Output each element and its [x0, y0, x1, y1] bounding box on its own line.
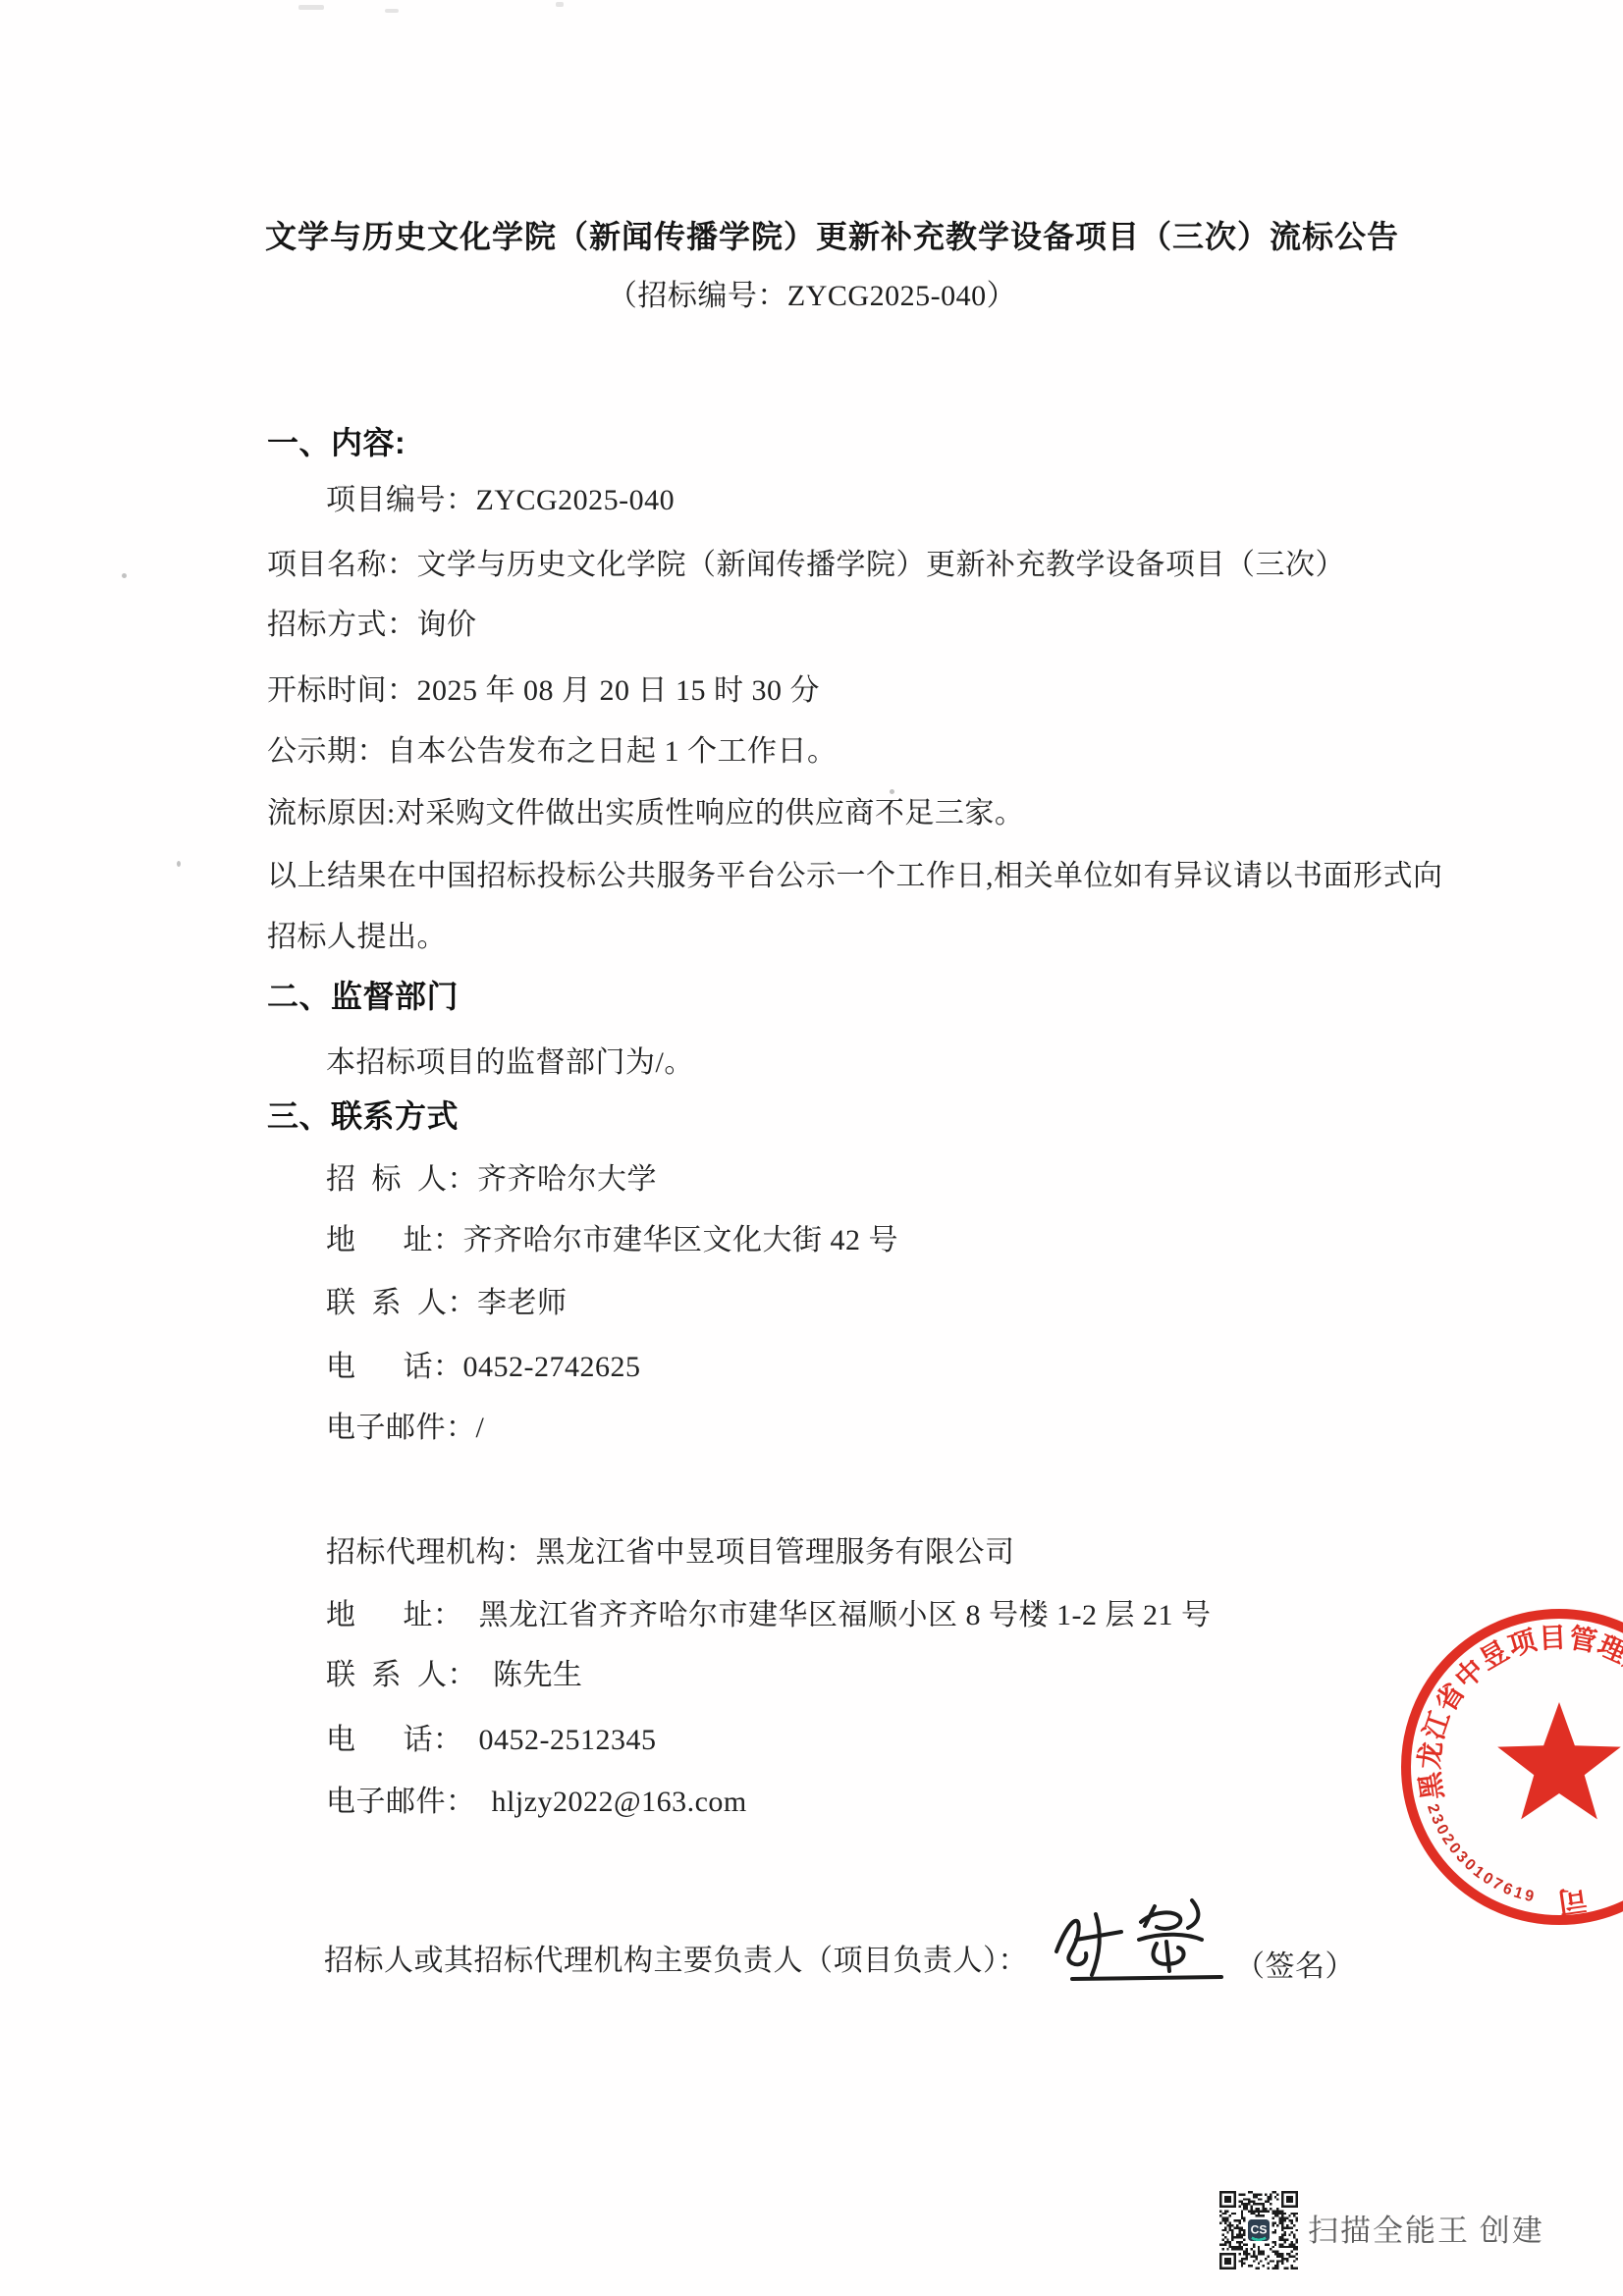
scan-dot [122, 573, 127, 578]
star-icon [1497, 1702, 1621, 1819]
seal-bottom-char: 司 [1555, 1882, 1589, 1918]
section-heading-supervision: 二、监督部门 [267, 979, 459, 1014]
scan-smudge [385, 9, 399, 13]
scanned-document-page: 文学与历史文化学院（新闻传播学院）更新补充教学设备项目（三次）流标公告 （招标编… [0, 0, 1623, 2296]
signature-suffix: （签名） [1235, 1950, 1355, 1984]
publicity-period-line: 公示期：自本公告发布之日起 1 个工作日。 [267, 735, 838, 769]
signature-prefix: 招标人或其招标代理机构主要负责人（项目负责人）： [324, 1945, 1028, 1978]
bid-method-line: 招标方式：询价 [267, 609, 477, 642]
result-statement-line2: 招标人提出。 [267, 921, 447, 954]
agency-address-line: 地 址： 黑龙江省齐齐哈尔市建华区福顺小区 8 号楼 1-2 层 21 号 [326, 1599, 1212, 1632]
document-subtitle: （招标编号：ZYCG2025-040） [265, 280, 1359, 313]
seal-serial-number: 2302030107619 [1424, 1802, 1539, 1906]
svg-text:2302030107619: 2302030107619 [1424, 1802, 1539, 1906]
agency-email-line: 电子邮件： hljzy2022@163.com [326, 1786, 747, 1819]
tenderer-name-line: 招 标 人：齐齐哈尔大学 [326, 1163, 657, 1197]
agency-phone-line: 电 话： 0452-2512345 [326, 1724, 657, 1757]
agency-contact-line: 联 系 人： 陈先生 [326, 1659, 583, 1692]
scanner-app-label: 扫描全能王 创建 [1308, 2214, 1544, 2249]
scan-smudge [298, 5, 324, 10]
tenderer-address-line: 地 址：齐齐哈尔市建华区文化大街 42 号 [326, 1224, 898, 1257]
scan-dot [177, 861, 181, 867]
scan-dot [890, 789, 894, 794]
project-name-line: 项目名称：文学与历史文化学院（新闻传播学院）更新补充教学设备项目（三次） [267, 549, 1345, 582]
tenderer-contact-line: 联 系 人：李老师 [326, 1287, 568, 1320]
company-seal-stamp: 黑龙江省中昱项目管理服务有限公司 2302030107619 司 [1353, 1561, 1623, 1973]
agency-name-line: 招标代理机构：黑龙江省中昱项目管理服务有限公司 [326, 1536, 1015, 1570]
result-statement-line1: 以上结果在中国招标投标公共服务平台公示一个工作日,相关单位如有异议请以书面形式向 [267, 860, 1443, 893]
fail-reason-line: 流标原因:对采购文件做出实质性响应的供应商不足三家。 [267, 797, 1024, 830]
project-number-line: 项目编号：ZYCG2025-040 [326, 484, 675, 517]
svg-text:CS: CS [1251, 2223, 1268, 2237]
scan-smudge [556, 2, 564, 7]
handwritten-signature [1039, 1893, 1265, 1991]
section-heading-content: 一、内容: [267, 425, 406, 460]
supervision-line: 本招标项目的监督部门为/。 [326, 1046, 694, 1080]
tenderer-phone-line: 电 话：0452-2742625 [326, 1351, 641, 1384]
section-heading-contact: 三、联系方式 [267, 1098, 459, 1134]
qr-code-icon: CS [1219, 2191, 1298, 2269]
camscanner-badge: CS [1248, 2219, 1270, 2241]
bid-open-time-line: 开标时间：2025 年 08 月 20 日 15 时 30 分 [267, 674, 820, 708]
document-title: 文学与历史文化学院（新闻传播学院）更新补充教学设备项目（三次）流标公告 [265, 219, 1359, 254]
tenderer-email-line: 电子邮件：/ [326, 1412, 484, 1445]
